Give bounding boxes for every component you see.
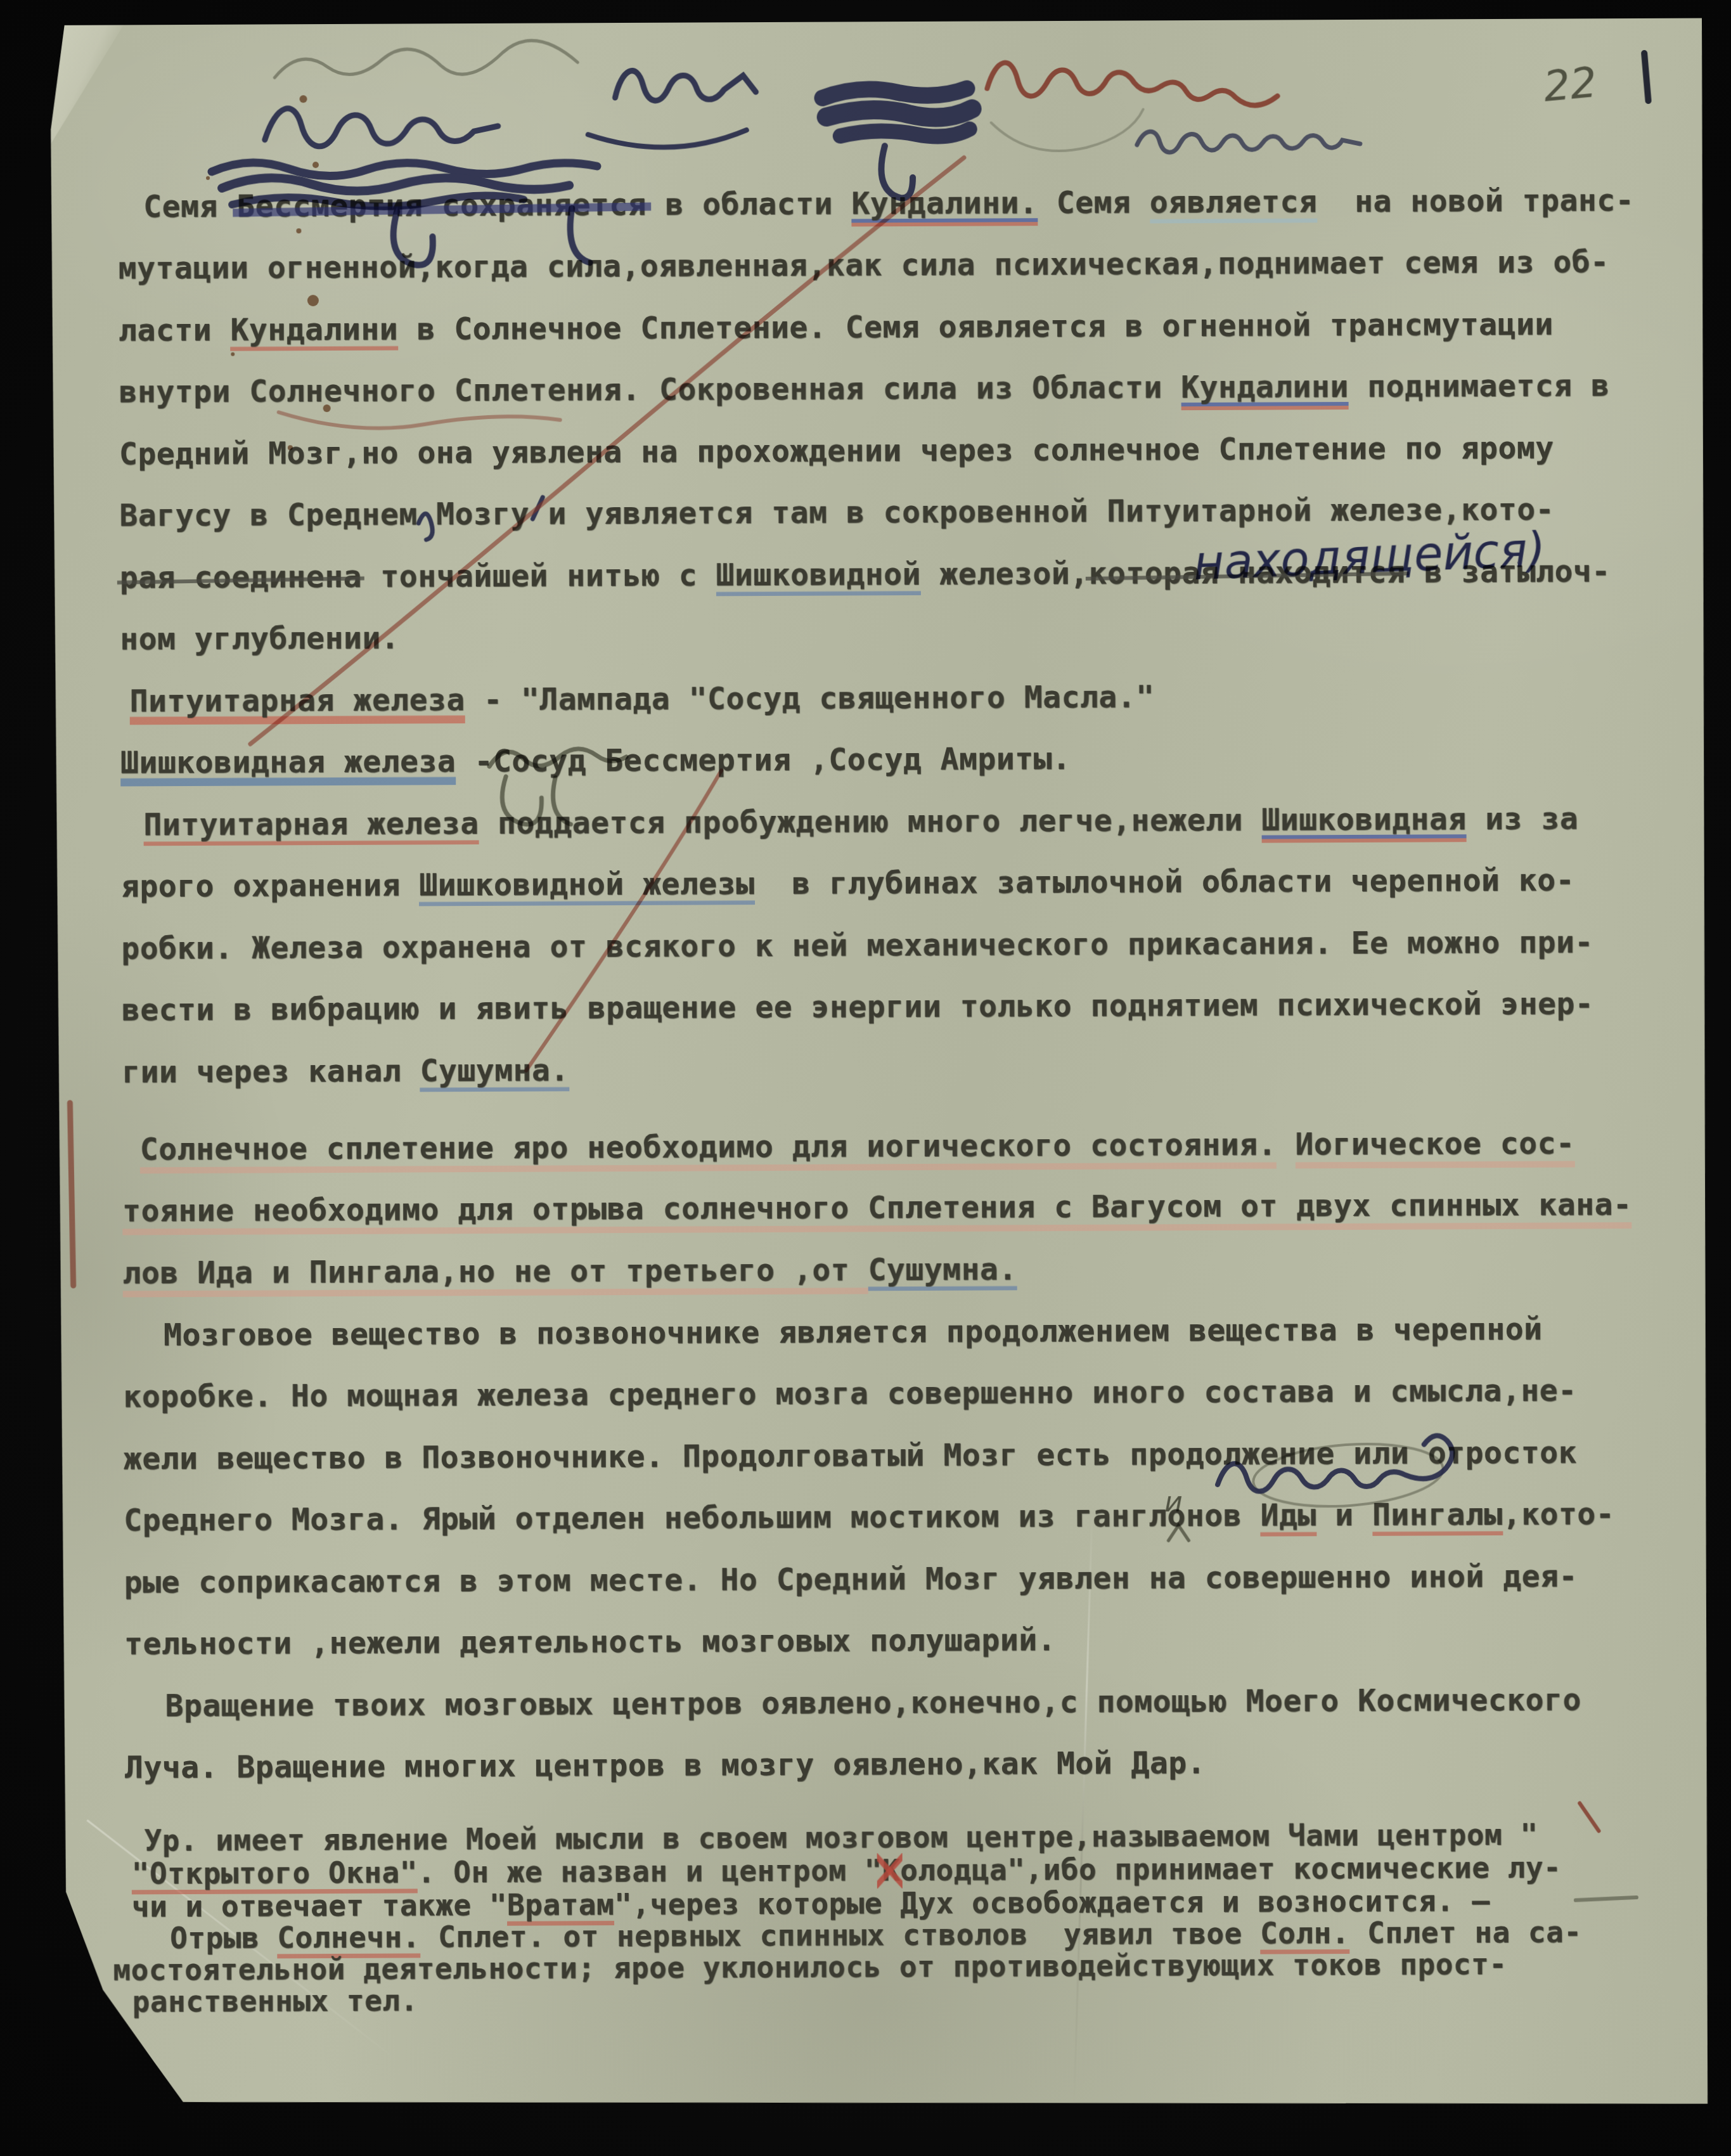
ink-correction-u xyxy=(418,513,432,539)
red-margin-line xyxy=(70,1103,73,1286)
ink-scribbled-out-word xyxy=(827,109,972,118)
insert-letter: и xyxy=(1164,1486,1183,1518)
pencil-word-over-sosud xyxy=(553,777,570,824)
ink-word-top-left xyxy=(265,108,498,147)
pencil-dash xyxy=(1576,1897,1637,1900)
document-page: Семя Бессмертия сохраняется в области Ку… xyxy=(41,18,1711,2111)
pencil-swirl xyxy=(991,109,1143,151)
ink-overstrike-loop xyxy=(570,208,589,262)
ink-scribbled-out-word xyxy=(840,129,970,137)
page-number: 22 xyxy=(1541,58,1599,111)
pencil-word-over-sosud xyxy=(489,749,626,766)
pencil-scribble-top xyxy=(274,41,577,78)
ink-scribbled-out-word xyxy=(822,89,967,98)
scanner-background: Семя Бессмертия сохраняется в области Ку… xyxy=(0,0,1731,2156)
ink-overstrike-loop xyxy=(394,211,434,265)
handwritten-marks-overlay: 22 и находящейся) xyxy=(41,18,1711,2111)
ink-word-top-center-underline xyxy=(588,130,747,148)
rust-stains xyxy=(205,95,330,451)
ink-word-top-center xyxy=(615,70,756,101)
ink-overstrike-line1 xyxy=(222,177,569,192)
ink-tick-top-right xyxy=(1644,53,1648,101)
red-pencil-word-top xyxy=(987,61,1277,107)
red-diagonal-line-1 xyxy=(248,158,967,744)
ink-note-top-right xyxy=(1137,131,1360,152)
ink-overstrike-line1 xyxy=(232,195,524,207)
insert-caret xyxy=(1168,1525,1188,1540)
gland-correction: находящейся) xyxy=(1192,522,1547,591)
pencil-word-over-sosud xyxy=(502,777,541,825)
red-slash xyxy=(1580,1803,1599,1831)
red-diagonal-line-2 xyxy=(525,770,723,1070)
red-curve-underline xyxy=(279,411,560,429)
ink-scribbled-out-word xyxy=(881,146,913,198)
